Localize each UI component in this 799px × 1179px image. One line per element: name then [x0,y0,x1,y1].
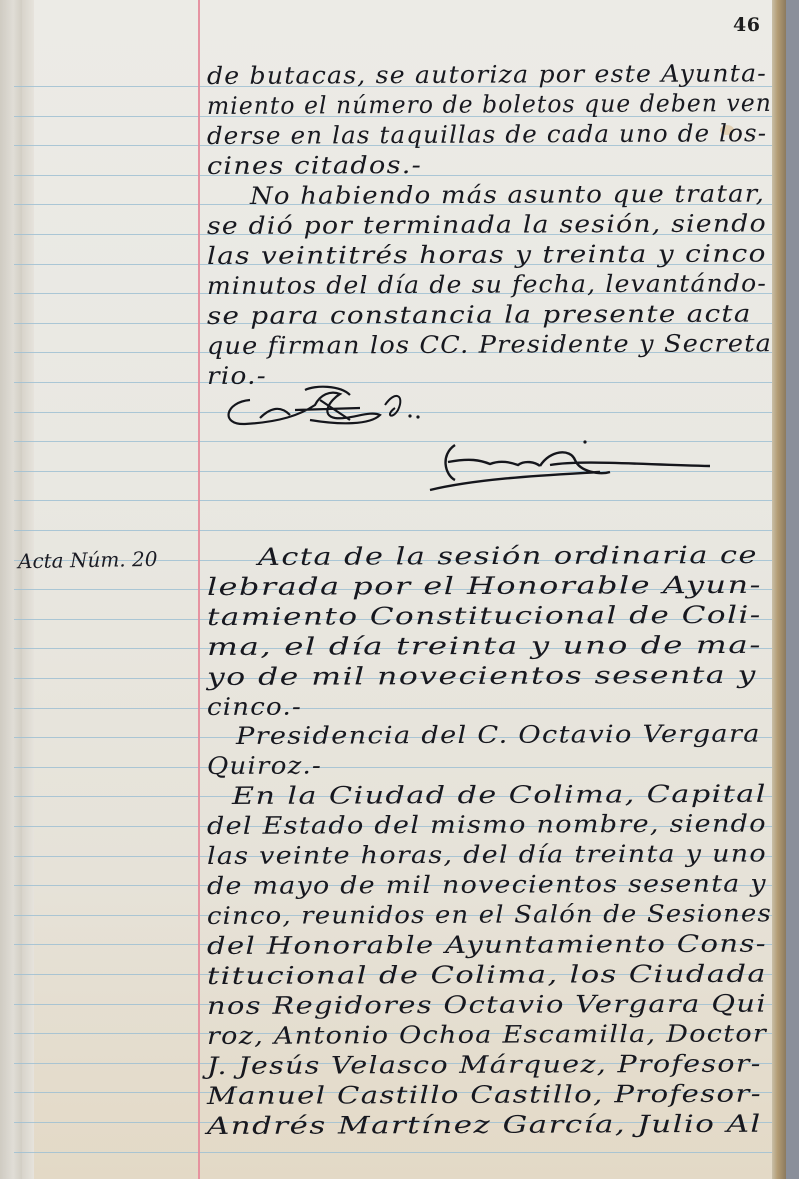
handwritten-line: J. Jesús Velasco Márquez, Profesor- [207,1050,762,1080]
handwritten-line: No habiendo más asunto que tratar, [250,180,765,210]
ruled-line [14,530,774,531]
signature-secretario [400,430,730,500]
handwritten-line: Presidencia del C. Octavio Vergara [236,720,761,750]
handwritten-line: del Honorable Ayuntamiento Cons- [207,930,767,960]
handwritten-line: lebrada por el Honorable Ayun- [207,571,762,601]
handwritten-line: nos Regidores Octavio Vergara Qui [207,990,767,1020]
page-number: 46 [733,14,760,36]
handwritten-line: se dió por terminada la sesión, siendo [207,209,767,240]
handwritten-line: cinco, reunidos en el Salón de Sesiones [207,899,772,930]
handwritten-line: cines citados.- [207,151,422,180]
handwritten-line: se para constancia la presente acta [207,300,752,330]
ruled-line [14,708,774,709]
handwritten-line: En la Ciudad de Colima, Capital [232,780,767,810]
page-edge [772,0,786,1179]
ruled-line [14,1152,774,1153]
handwritten-line: Andrés Martínez García, Julio Al [207,1110,762,1140]
handwritten-line: Manuel Castillo Castillo, Profesor- [207,1080,762,1110]
handwritten-line: las veinte horas, del día treinta y uno [207,839,767,870]
handwritten-line: tamiento Constitucional de Coli- [207,601,762,631]
ledger-page: 46 Acta Núm. 20 de butacas, se autoriza … [0,0,786,1179]
handwritten-line: Quiroz.- [207,751,322,780]
handwritten-line: cinco.- [207,693,302,721]
margin-note-acta-number: Acta Núm. 20 [18,547,158,573]
handwritten-line: de butacas, se autoriza por este Ayunta- [207,59,767,90]
handwritten-line: Acta de la sesión ordinaria ce [258,541,758,571]
handwritten-line: minutos del día de su fecha, levantándo- [207,269,767,300]
handwritten-line: roz, Antonio Ochoa Escamilla, Doctor [207,1019,767,1050]
handwritten-line: del Estado del mismo nombre, siendo [207,809,767,840]
ruled-line [14,767,774,768]
red-margin-line [198,0,200,1179]
handwritten-line: miento el número de boletos que deben ve… [207,89,772,120]
handwritten-line: las veintitrés horas y treinta y cinco [207,239,767,270]
handwritten-line: que firman los CC. Presidente y Secreta [207,329,772,360]
handwritten-line: derse en las taquillas de cada uno de lo… [207,119,767,150]
handwritten-line: de mayo de mil novecientos sesenta y [207,869,767,900]
handwritten-line: yo de mil novecientos sesenta y [207,661,757,691]
ruled-line [14,500,774,501]
handwritten-line: ma, el día treinta y uno de ma- [207,631,762,661]
handwritten-line: titucional de Colima, los Ciudada [207,960,767,990]
